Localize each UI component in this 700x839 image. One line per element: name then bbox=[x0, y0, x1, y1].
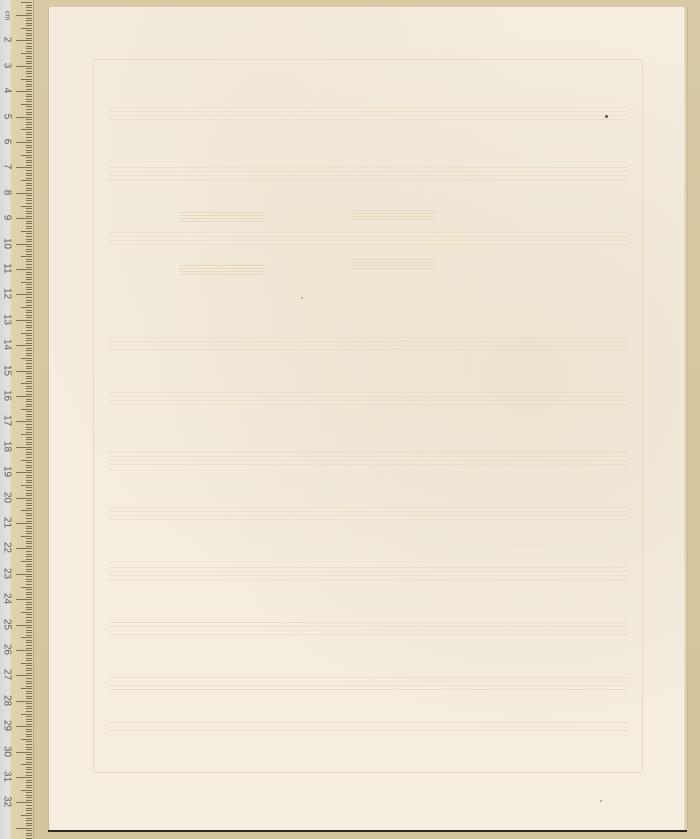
ruler-cm-label: 28 bbox=[2, 691, 13, 709]
ruler-cm-label: 5 bbox=[2, 107, 13, 125]
ruler-tick bbox=[26, 173, 32, 174]
ruler-tick bbox=[26, 317, 32, 318]
ruler-tick bbox=[26, 576, 32, 577]
ruler-tick bbox=[26, 33, 32, 34]
ruler-tick bbox=[26, 477, 32, 478]
ruler-tick bbox=[21, 79, 32, 80]
show-through-staff-10 bbox=[109, 677, 629, 693]
ruler-tick bbox=[16, 294, 32, 295]
ruler-tick bbox=[26, 289, 32, 290]
ruler-tick bbox=[21, 688, 32, 689]
ruler-tick bbox=[26, 18, 32, 19]
ruler-tick bbox=[26, 322, 32, 323]
ruler-tick bbox=[21, 587, 32, 588]
ruler-tick bbox=[26, 134, 32, 135]
ruler-tick bbox=[26, 20, 32, 21]
ruler-tick bbox=[26, 467, 32, 468]
ruler-cm-label: 12 bbox=[2, 285, 13, 303]
ruler-tick bbox=[26, 703, 32, 704]
ruler-tick bbox=[26, 76, 32, 77]
ruler-tick bbox=[26, 622, 32, 623]
ruler-tick bbox=[16, 142, 32, 143]
ruler-tick bbox=[26, 521, 32, 522]
ruler-tick bbox=[26, 394, 32, 395]
ruler-tick bbox=[26, 56, 32, 57]
ruler-tick bbox=[26, 327, 32, 328]
ruler-cm-label: 14 bbox=[2, 336, 13, 354]
ruler-tick bbox=[26, 188, 32, 189]
ruler-tick bbox=[21, 764, 32, 765]
ruler-tick bbox=[26, 490, 32, 491]
ruler-tick bbox=[26, 655, 32, 656]
ruler-cm-label: 16 bbox=[2, 387, 13, 405]
ruler-tick bbox=[26, 782, 32, 783]
ruler-tick bbox=[26, 340, 32, 341]
ruler-tick bbox=[26, 246, 32, 247]
ruler-tick bbox=[26, 89, 32, 90]
ruler-tick bbox=[16, 802, 32, 803]
ruler-tick bbox=[16, 828, 32, 829]
ruler-cm-label: 19 bbox=[2, 463, 13, 481]
ruler-tick bbox=[26, 678, 32, 679]
ruler-tick bbox=[26, 84, 32, 85]
ruler-tick bbox=[16, 345, 32, 346]
ruler-tick bbox=[26, 566, 32, 567]
ruler-tick bbox=[26, 378, 32, 379]
ruler-tick bbox=[16, 498, 32, 499]
ruler-tick bbox=[26, 145, 32, 146]
ruler-tick bbox=[26, 581, 32, 582]
ruler-tick bbox=[26, 355, 32, 356]
ruler-tick bbox=[26, 767, 32, 768]
ruler-tick bbox=[26, 399, 32, 400]
ruler-tick bbox=[26, 297, 32, 298]
ruler-tick bbox=[26, 503, 32, 504]
ruler-cm-label: 25 bbox=[2, 615, 13, 633]
ruler-tick bbox=[26, 645, 32, 646]
ruler-tick bbox=[26, 259, 32, 260]
ruler-tick bbox=[16, 523, 32, 524]
ruler-tick bbox=[26, 627, 32, 628]
ruler-tick bbox=[16, 777, 32, 778]
ruler-tick bbox=[26, 754, 32, 755]
ruler-tick bbox=[26, 736, 32, 737]
ruler-tick bbox=[26, 254, 32, 255]
ruler-tick bbox=[26, 480, 32, 481]
ruler-tick bbox=[21, 510, 32, 511]
ruler-tick bbox=[21, 256, 32, 257]
ruler-tick bbox=[26, 465, 32, 466]
ruler-tick bbox=[26, 620, 32, 621]
ruler-tick bbox=[26, 579, 32, 580]
ruler-tick bbox=[21, 206, 32, 207]
ruler-cm-label: 13 bbox=[2, 310, 13, 328]
ruler-tick bbox=[16, 396, 32, 397]
ruler-tick bbox=[26, 526, 32, 527]
ruler-tick bbox=[26, 541, 32, 542]
ruler-tick bbox=[26, 175, 32, 176]
ruler-tick bbox=[26, 741, 32, 742]
ruler-tick bbox=[16, 193, 32, 194]
ruler-tick bbox=[26, 706, 32, 707]
ruler-tick bbox=[21, 714, 32, 715]
ruler-tick bbox=[26, 112, 32, 113]
ruler-tick bbox=[26, 835, 32, 836]
ruler-tick bbox=[16, 752, 32, 753]
ruler-tick bbox=[26, 414, 32, 415]
ruler-tick bbox=[26, 823, 32, 824]
ruler-cm-label: 6 bbox=[2, 133, 13, 151]
ruler-tick bbox=[26, 241, 32, 242]
ruler-tick bbox=[26, 597, 32, 598]
ruler-tick bbox=[26, 785, 32, 786]
ruler-cm-label: 10 bbox=[2, 234, 13, 252]
ruler-tick bbox=[16, 701, 32, 702]
ruler-tick bbox=[26, 670, 32, 671]
ruler-tick bbox=[26, 287, 32, 288]
ruler-tick bbox=[26, 203, 32, 204]
ruler-tick bbox=[26, 513, 32, 514]
ruler-tick bbox=[26, 277, 32, 278]
ruler-tick bbox=[26, 589, 32, 590]
ruler-tick bbox=[26, 686, 32, 687]
ruler-tick bbox=[16, 599, 32, 600]
ruler-tick bbox=[26, 122, 32, 123]
ruler-tick bbox=[26, 452, 32, 453]
ruler-tick bbox=[26, 25, 32, 26]
ruler-tick bbox=[16, 320, 32, 321]
ruler-tick bbox=[26, 81, 32, 82]
ruler-tick bbox=[26, 531, 32, 532]
ruler-tick bbox=[26, 747, 32, 748]
ruler-tick bbox=[26, 127, 32, 128]
ruler-tick bbox=[26, 825, 32, 826]
ruler-tick bbox=[26, 546, 32, 547]
ruler-tick bbox=[26, 5, 32, 6]
ruler-tick bbox=[26, 592, 32, 593]
ruler-tick bbox=[26, 462, 32, 463]
ruler-tick bbox=[26, 508, 32, 509]
ruler-tick bbox=[26, 13, 32, 14]
ruler-tick bbox=[26, 223, 32, 224]
ruler-tick bbox=[26, 683, 32, 684]
ruler-tick bbox=[26, 73, 32, 74]
ruler-tick bbox=[26, 51, 32, 52]
ruler-tick bbox=[26, 810, 32, 811]
ruler-tick bbox=[21, 815, 32, 816]
ruler-tick bbox=[26, 505, 32, 506]
ruler-tick bbox=[26, 818, 32, 819]
ruler-tick bbox=[26, 23, 32, 24]
ruler-tick bbox=[26, 300, 32, 301]
ruler-tick bbox=[26, 101, 32, 102]
ruler-tick bbox=[26, 185, 32, 186]
paper-speck bbox=[600, 800, 602, 802]
ruler-tick bbox=[26, 233, 32, 234]
ruler-tick bbox=[26, 698, 32, 699]
ruler-tick bbox=[26, 668, 32, 669]
ruler-tick bbox=[26, 762, 32, 763]
ruler-tick bbox=[26, 251, 32, 252]
ruler-tick bbox=[16, 244, 32, 245]
ruler-tick bbox=[26, 614, 32, 615]
ruler-tick bbox=[26, 190, 32, 191]
ruler-tick bbox=[26, 604, 32, 605]
ruler-tick bbox=[16, 675, 32, 676]
ruler-tick bbox=[26, 366, 32, 367]
show-through-staff-7 bbox=[109, 507, 629, 523]
page-right-edge bbox=[684, 7, 687, 830]
ruler-tick bbox=[16, 574, 32, 575]
ruler-tick bbox=[26, 48, 32, 49]
ruler-cm-label: 20 bbox=[2, 488, 13, 506]
ruler-tick bbox=[26, 833, 32, 834]
ruler-tick bbox=[21, 536, 32, 537]
ruler-tick bbox=[26, 424, 32, 425]
ruler-cm-label: 32 bbox=[2, 793, 13, 811]
ruler-tick bbox=[26, 353, 32, 354]
ruler-tick bbox=[26, 43, 32, 44]
ruler-tick bbox=[26, 487, 32, 488]
ruler-tick bbox=[26, 797, 32, 798]
ruler-tick bbox=[26, 292, 32, 293]
ruler-tick bbox=[26, 198, 32, 199]
ruler-tick bbox=[26, 632, 32, 633]
ruler-tick bbox=[26, 437, 32, 438]
ruler-tick bbox=[26, 376, 32, 377]
ruler-tick bbox=[26, 99, 32, 100]
show-through-staff-9 bbox=[109, 622, 629, 638]
ruler-tick bbox=[26, 800, 32, 801]
show-through-bar-3 bbox=[179, 265, 264, 275]
ruler-tick bbox=[21, 637, 32, 638]
ruler-tick bbox=[26, 721, 32, 722]
ruler-tick bbox=[26, 780, 32, 781]
ruler-cm-label: 15 bbox=[2, 361, 13, 379]
ruler-tick bbox=[21, 561, 32, 562]
ruler-tick bbox=[26, 642, 32, 643]
ruler-tick bbox=[26, 648, 32, 649]
ruler-tick bbox=[26, 236, 32, 237]
ruler-tick bbox=[26, 716, 32, 717]
ruler-tick bbox=[21, 307, 32, 308]
ruler-tick bbox=[26, 795, 32, 796]
ruler-cm-label: 21 bbox=[2, 514, 13, 532]
ruler-tick bbox=[21, 104, 32, 105]
ruler-tick bbox=[26, 757, 32, 758]
ruler-tick bbox=[26, 61, 32, 62]
ruler-tick bbox=[21, 180, 32, 181]
ruler-cm-label: 8 bbox=[2, 183, 13, 201]
ruler-tick bbox=[26, 630, 32, 631]
ruler-tick bbox=[26, 449, 32, 450]
show-through-staff-1 bbox=[109, 107, 629, 123]
ruler-cm-label: 26 bbox=[2, 641, 13, 659]
ruler-tick bbox=[16, 625, 32, 626]
ruler-tick bbox=[26, 348, 32, 349]
ruler-tick bbox=[26, 691, 32, 692]
ruler-tick bbox=[26, 119, 32, 120]
ruler-tick bbox=[26, 551, 32, 552]
ruler-tick bbox=[21, 434, 32, 435]
show-through-bar-1 bbox=[179, 212, 264, 222]
ruler-tick bbox=[26, 759, 32, 760]
ruler-tick bbox=[26, 444, 32, 445]
ruler-tick bbox=[26, 325, 32, 326]
ruler-tick bbox=[26, 216, 32, 217]
ruler-tick bbox=[26, 495, 32, 496]
ruler-cm-label: 23 bbox=[2, 564, 13, 582]
ruler-tick bbox=[26, 571, 32, 572]
ruler-tick bbox=[26, 805, 32, 806]
ruler-tick bbox=[26, 602, 32, 603]
ruler-tick bbox=[16, 650, 32, 651]
ruler-tick bbox=[26, 96, 32, 97]
ruler-tick bbox=[26, 406, 32, 407]
ruler-tick bbox=[21, 358, 32, 359]
measurement-ruler: cm 2345678910111213141516171819202122232… bbox=[0, 0, 34, 839]
ruler-tick bbox=[26, 609, 32, 610]
ruler-tick bbox=[16, 269, 32, 270]
ruler-tick bbox=[26, 792, 32, 793]
ruler-tick bbox=[26, 830, 32, 831]
ruler-tick bbox=[21, 53, 32, 54]
plate-mark-impression bbox=[93, 59, 643, 773]
ruler-tick bbox=[26, 363, 32, 364]
ruler-tick bbox=[21, 333, 32, 334]
ruler-tick bbox=[26, 183, 32, 184]
ruler-tick bbox=[26, 559, 32, 560]
ruler-tick bbox=[16, 472, 32, 473]
show-through-staff-6 bbox=[109, 452, 629, 468]
ruler-tick bbox=[26, 419, 32, 420]
ruler-tick bbox=[21, 28, 32, 29]
ruler-tick bbox=[26, 165, 32, 166]
show-through-staff-4 bbox=[109, 337, 629, 353]
ruler-tick bbox=[26, 658, 32, 659]
ruler-cm-label: 17 bbox=[2, 412, 13, 430]
ruler-tick bbox=[26, 749, 32, 750]
ruler-tick bbox=[26, 208, 32, 209]
ruler-tick bbox=[26, 114, 32, 115]
ruler-tick bbox=[26, 239, 32, 240]
ruler-tick bbox=[26, 7, 32, 8]
ruler-tick bbox=[16, 726, 32, 727]
ruler-tick bbox=[26, 368, 32, 369]
ruler-tick bbox=[26, 708, 32, 709]
ruler-tick bbox=[26, 162, 32, 163]
ruler-tick bbox=[26, 373, 32, 374]
ruler-tick bbox=[26, 249, 32, 250]
show-through-bar-4 bbox=[352, 259, 434, 269]
ruler-tick bbox=[21, 129, 32, 130]
ruler-tick bbox=[26, 310, 32, 311]
ruler-tick bbox=[26, 195, 32, 196]
show-through-staff-2 bbox=[109, 167, 629, 183]
ruler-tick bbox=[26, 343, 32, 344]
document-page bbox=[48, 7, 687, 830]
ruler-tick bbox=[26, 681, 32, 682]
ruler-tick bbox=[26, 607, 32, 608]
ruler-tick bbox=[26, 305, 32, 306]
ruler-tick bbox=[26, 46, 32, 47]
ruler-tick bbox=[26, 279, 32, 280]
ruler-tick bbox=[21, 612, 32, 613]
ruler-tick bbox=[26, 261, 32, 262]
show-through-staff-8 bbox=[109, 567, 629, 583]
ruler-tick bbox=[26, 416, 32, 417]
ruler-cm-label: 31 bbox=[2, 768, 13, 786]
ruler-tick bbox=[21, 383, 32, 384]
ruler-tick bbox=[21, 282, 32, 283]
ruler-tick bbox=[26, 518, 32, 519]
ruler-tick bbox=[16, 371, 32, 372]
ruler-cm-label: 22 bbox=[2, 539, 13, 557]
ruler-tick bbox=[26, 132, 32, 133]
ruler-tick bbox=[26, 635, 32, 636]
ruler-tick bbox=[26, 386, 32, 387]
ruler-tick bbox=[21, 409, 32, 410]
paper-speck bbox=[301, 297, 303, 299]
ruler-tick bbox=[26, 429, 32, 430]
ruler-tick bbox=[26, 493, 32, 494]
ruler-tick bbox=[26, 157, 32, 158]
ruler-tick bbox=[26, 38, 32, 39]
ruler-tick bbox=[26, 228, 32, 229]
ruler-tick bbox=[26, 475, 32, 476]
ruler-tick bbox=[26, 442, 32, 443]
ruler-tick bbox=[26, 152, 32, 153]
ruler-tick bbox=[26, 454, 32, 455]
ruler-cm-label: 9 bbox=[2, 209, 13, 227]
ruler-tick bbox=[26, 696, 32, 697]
ruler-tick bbox=[26, 543, 32, 544]
ruler-cm-label: 27 bbox=[2, 666, 13, 684]
ruler-tick bbox=[26, 30, 32, 31]
ruler-tick bbox=[26, 640, 32, 641]
ruler-tick bbox=[26, 267, 32, 268]
ruler-tick bbox=[26, 330, 32, 331]
ruler-tick bbox=[16, 66, 32, 67]
ruler-tick bbox=[26, 272, 32, 273]
ruler-tick bbox=[26, 564, 32, 565]
ruler-cm-label: 3 bbox=[2, 56, 13, 74]
ruler-cm-label: 18 bbox=[2, 437, 13, 455]
ruler-tick bbox=[26, 35, 32, 36]
ruler-tick bbox=[26, 665, 32, 666]
ruler-tick bbox=[26, 106, 32, 107]
ruler-tick bbox=[26, 731, 32, 732]
ruler-tick bbox=[26, 381, 32, 382]
ruler-tick bbox=[21, 739, 32, 740]
ruler-tick bbox=[26, 556, 32, 557]
ruler-tick bbox=[26, 500, 32, 501]
ruler-tick bbox=[26, 58, 32, 59]
paper-speck bbox=[605, 115, 608, 118]
ruler-tick bbox=[21, 663, 32, 664]
ruler-tick bbox=[26, 787, 32, 788]
ruler-tick bbox=[26, 470, 32, 471]
ruler-tick bbox=[26, 391, 32, 392]
ruler-tick bbox=[16, 40, 32, 41]
ruler-tick bbox=[26, 147, 32, 148]
show-through-staff-5 bbox=[109, 392, 629, 408]
ruler-cm-label: 2 bbox=[2, 31, 13, 49]
ruler-tick bbox=[26, 10, 32, 11]
ruler-tick bbox=[16, 15, 32, 16]
ruler-tick bbox=[26, 538, 32, 539]
ruler-tick bbox=[26, 178, 32, 179]
